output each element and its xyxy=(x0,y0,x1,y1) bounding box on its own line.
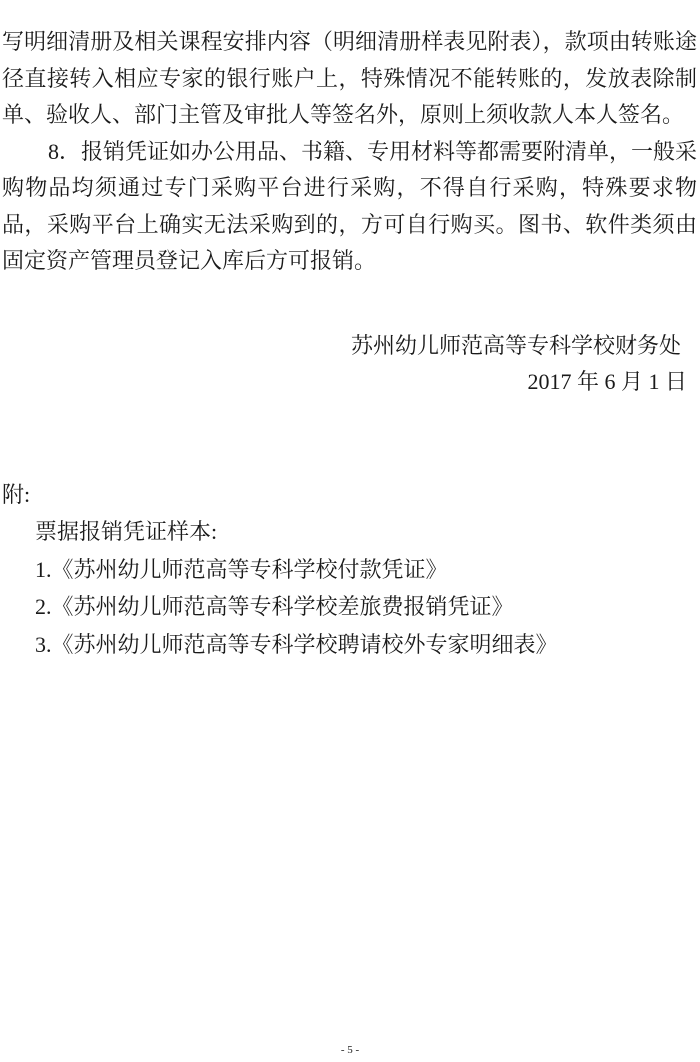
body-paragraph-item-8: 8．报销凭证如办公用品、书籍、专用材料等都需要附清单，一般采购物品均须通过专门采… xyxy=(2,134,697,280)
attachment-item: 2.《苏州幼儿师范高等专科学校差旅费报销凭证》 xyxy=(2,588,697,626)
attachment-section: 附: 票据报销凭证样本: 1.《苏州幼儿师范高等专科学校付款凭证》 2.《苏州幼… xyxy=(2,476,697,664)
attachment-label: 附: xyxy=(2,476,697,514)
signature-block: 苏州幼儿师范高等专科学校财务处 2017 年 6 月 1 日 xyxy=(2,328,697,401)
attachment-item: 3.《苏州幼儿师范高等专科学校聘请校外专家明细表》 xyxy=(2,626,697,664)
page-number: - 5 - xyxy=(0,1044,700,1057)
attachment-item: 1.《苏州幼儿师范高等专科学校付款凭证》 xyxy=(2,551,697,589)
signature-line: 苏州幼儿师范高等专科学校财务处 xyxy=(2,328,697,365)
document-body: 写明细清册及相关课程安排内容（明细清册样表见附表），款项由转账途径直接转入相应专… xyxy=(2,24,697,663)
body-paragraph-continuation: 写明细清册及相关课程安排内容（明细清册样表见附表），款项由转账途径直接转入相应专… xyxy=(2,24,697,134)
document-page: 写明细清册及相关课程安排内容（明细清册样表见附表），款项由转账途径直接转入相应专… xyxy=(0,0,700,1062)
date-line: 2017 年 6 月 1 日 xyxy=(2,364,697,401)
attachment-subtitle: 票据报销凭证样本: xyxy=(2,513,697,551)
